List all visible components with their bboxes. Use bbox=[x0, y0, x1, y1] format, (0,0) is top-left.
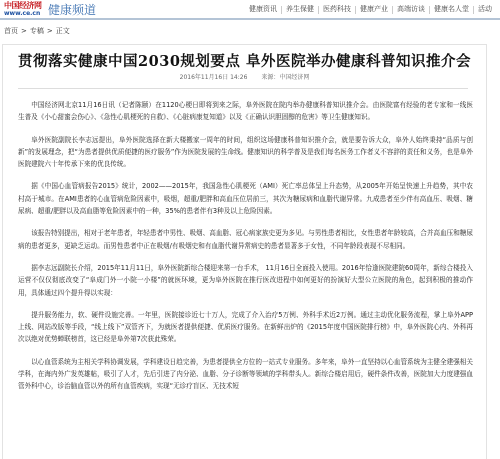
top-nav: 健康资讯 养生保健 医药科技 健康产业 高端访谈 健康名人堂 活动 bbox=[245, 5, 496, 14]
nav-item-wellness[interactable]: 养生保健 bbox=[282, 5, 318, 14]
breadcrumb-home[interactable]: 首页 bbox=[4, 26, 18, 36]
breadcrumb-separator: > bbox=[21, 26, 27, 36]
site-header: 中国经济网 www.ce.cn 健康频道 健康资讯 养生保健 医药科技 健康产业… bbox=[0, 0, 500, 20]
channel-title[interactable]: 健康频道 bbox=[48, 3, 96, 17]
nav-item-events[interactable]: 活动 bbox=[474, 5, 496, 14]
site-logo[interactable]: 中国经济网 www.ce.cn bbox=[4, 2, 48, 18]
article-title: 贯彻落实健康中国2030规划要点 阜外医院举办健康科普知识推介会 bbox=[3, 53, 486, 71]
title-divider bbox=[18, 88, 468, 89]
paragraph: 据《中国心血管病报告2015》统计，2002——2015年，我国急性心肌梗死（A… bbox=[18, 180, 473, 217]
nav-item-health-news[interactable]: 健康资讯 bbox=[245, 5, 281, 14]
nav-item-medtech[interactable]: 医药科技 bbox=[319, 5, 355, 14]
paragraph: 阜外医院副院长李志远提出，阜外医院选择在新大楼搬家一周年的时间，组织这场健康科普… bbox=[18, 134, 473, 171]
nav-item-hall-of-fame[interactable]: 健康名人堂 bbox=[430, 5, 473, 14]
article-container: 贯彻落实健康中国2030规划要点 阜外医院举办健康科普知识推介会 2016年11… bbox=[2, 44, 487, 459]
breadcrumb-column[interactable]: 专稿 bbox=[30, 26, 44, 36]
logo-text: 中国经济网 bbox=[4, 2, 42, 10]
paragraph: 该报告特别提出，相对于老年患者，年轻患者中男性、吸烟、高血脂、冠心病家族史更为多… bbox=[18, 227, 473, 252]
paragraph: 据李志远副院长介绍，2015年11月11日，阜外医院新综合楼迎来第一台手术， 1… bbox=[18, 262, 473, 299]
article-source: 来源：中国经济网 bbox=[261, 74, 309, 81]
paragraph: 以心血管系统为主相关学科协调发展，学科建设日趋完善，为患者提供全方位的一站式专业… bbox=[18, 356, 473, 393]
article-body: 中国经济网北京11月16日讯（记者陈颐）在1120心梗日即将到来之际，阜外医院在… bbox=[18, 99, 473, 403]
breadcrumb: 首页 > 专稿 > 正文 bbox=[4, 26, 70, 36]
paragraph: 中国经济网北京11月16日讯（记者陈颐）在1120心梗日即将到来之际，阜外医院在… bbox=[18, 99, 473, 124]
logo-url: www.ce.cn bbox=[4, 10, 40, 17]
nav-item-health-industry[interactable]: 健康产业 bbox=[356, 5, 392, 14]
breadcrumb-current: 正文 bbox=[56, 26, 70, 36]
breadcrumb-separator: > bbox=[47, 26, 53, 36]
publish-date: 2016年11月16日 14:26 bbox=[180, 74, 248, 81]
article-meta: 2016年11月16日 14:26 来源：中国经济网 bbox=[3, 74, 486, 82]
nav-item-interviews[interactable]: 高端访谈 bbox=[393, 5, 429, 14]
paragraph: 提升服务能力，软、硬件设施完善。一年里，医院接诊近七十万人，完成了介入治疗5万例… bbox=[18, 309, 473, 346]
